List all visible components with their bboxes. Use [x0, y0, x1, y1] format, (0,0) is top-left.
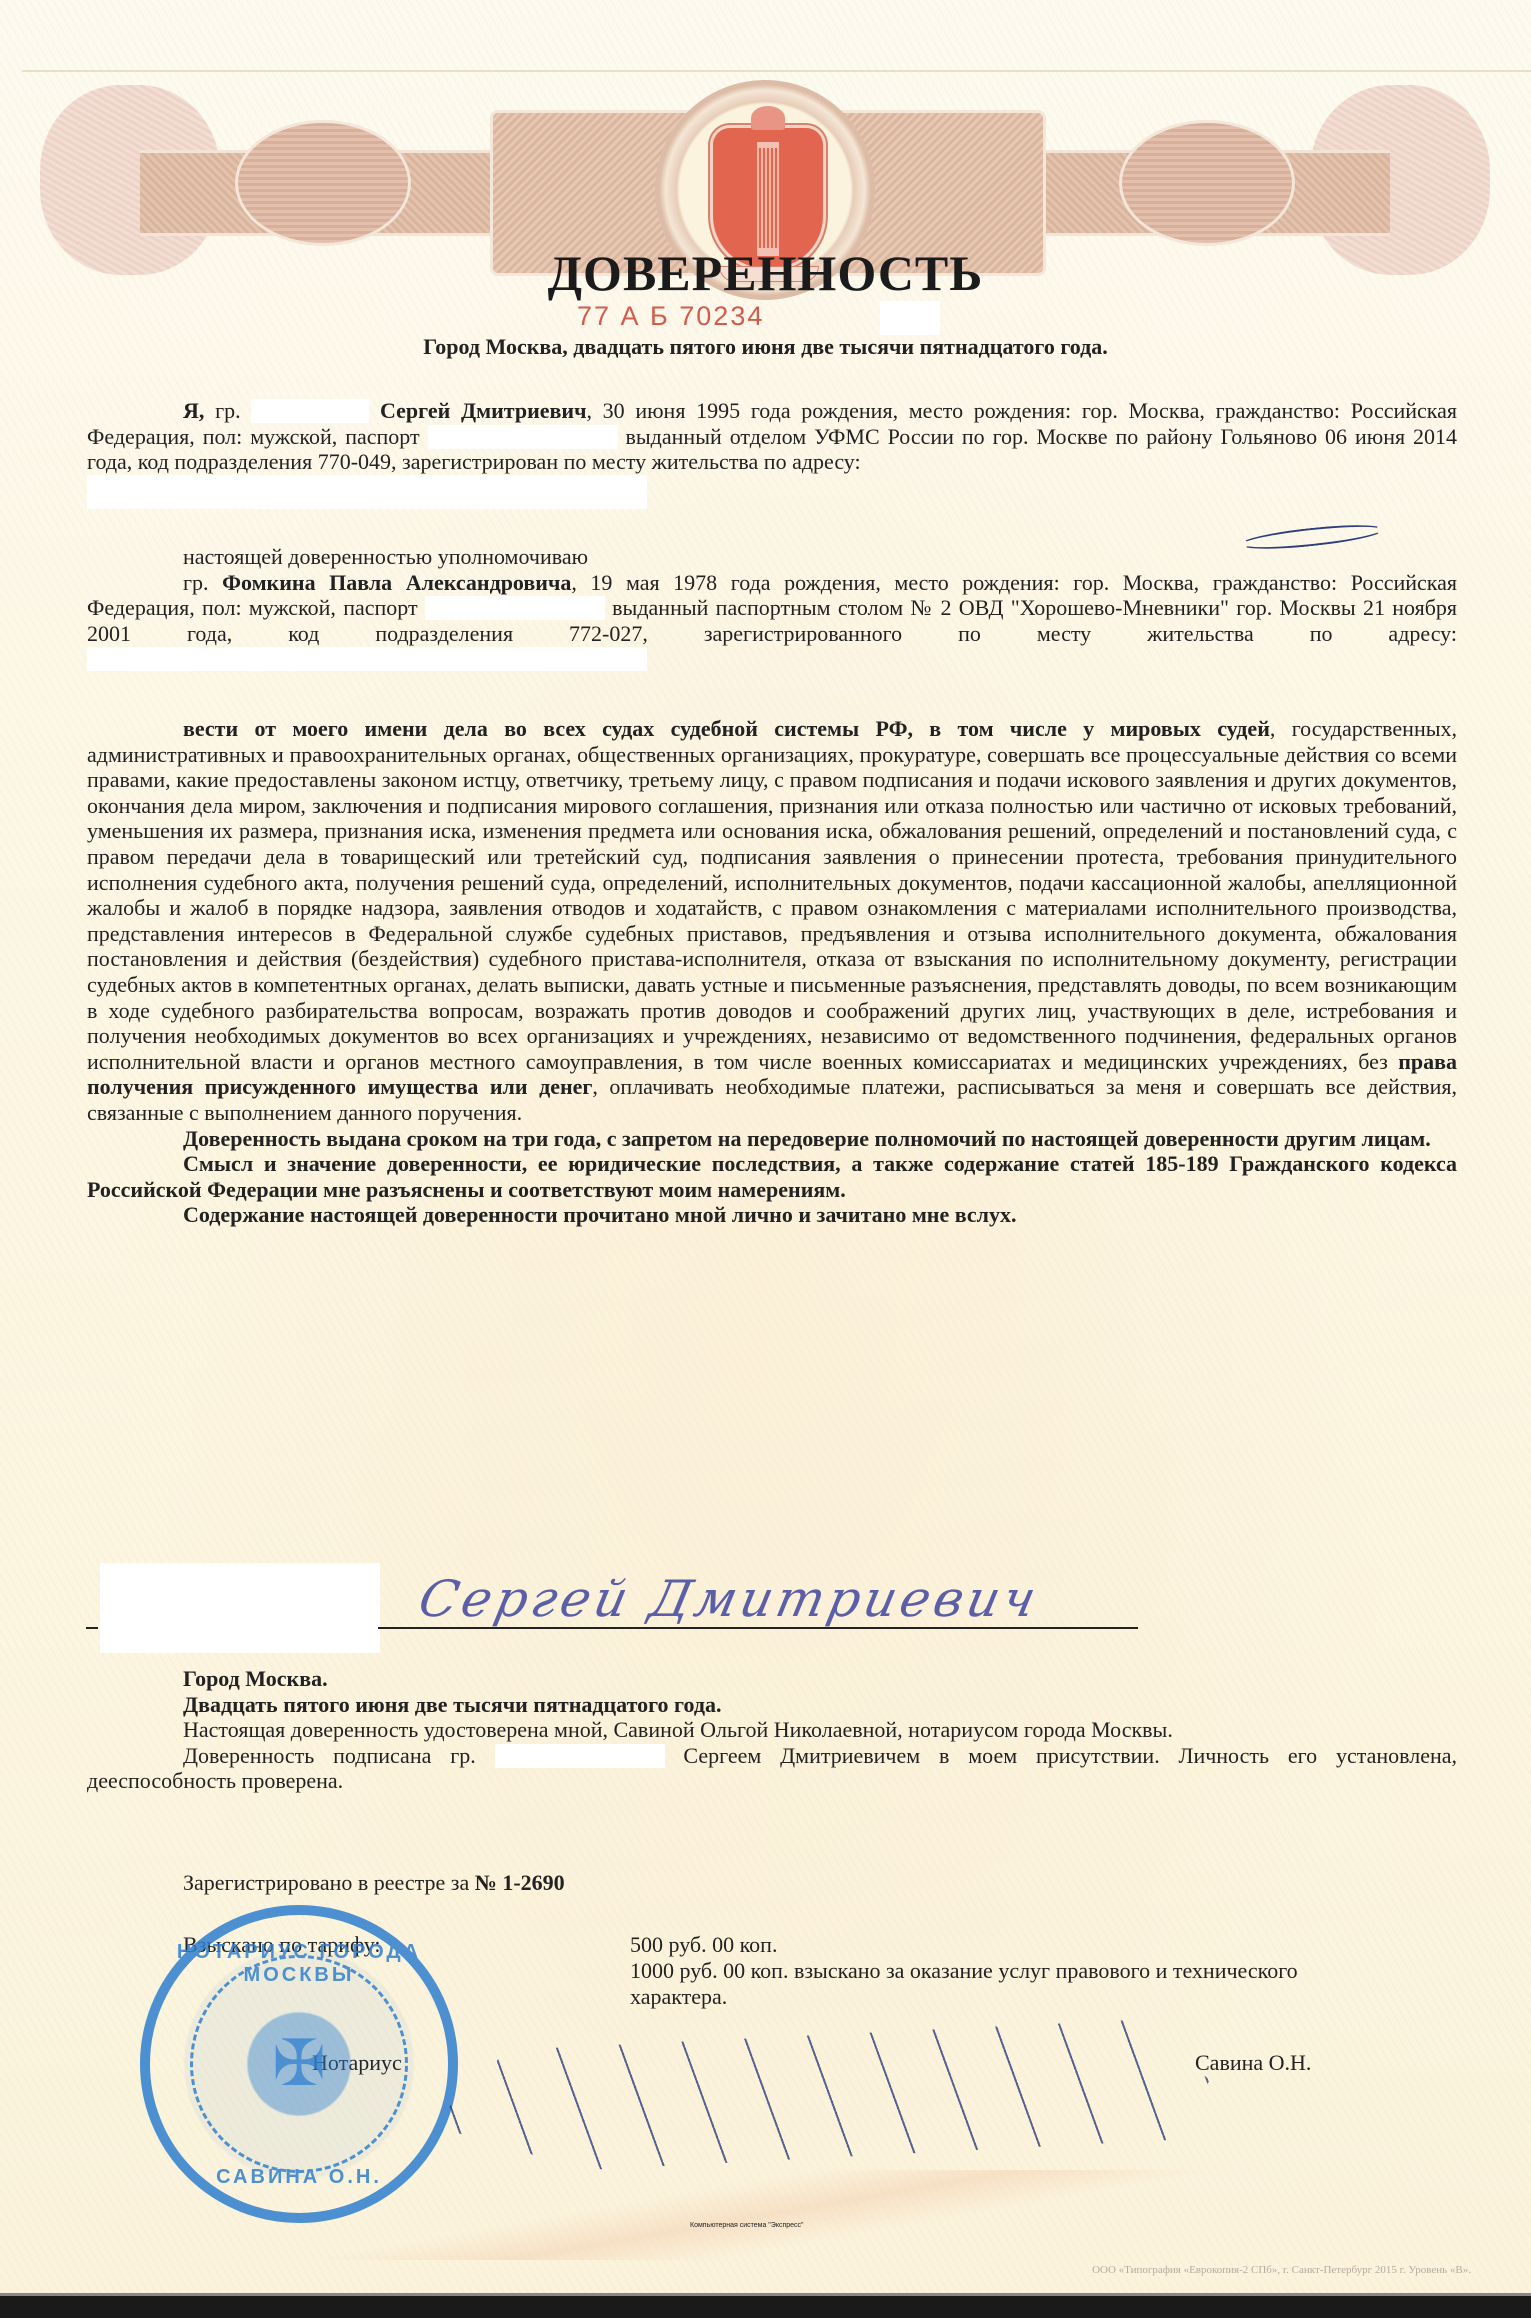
redacted-agent-address [87, 647, 647, 671]
bottom-ornament-wave [0, 2170, 1531, 2260]
redacted-serial-suffix [880, 301, 940, 335]
printer-imprint: ООО «Типография «Еврокопия-2 СПб», г. Са… [1092, 2264, 1471, 2276]
agent-birth: , 19 мая 1978 года рождения, место рожде… [571, 570, 1199, 595]
notary-section: Город Москва. Двадцать пятого июня две т… [87, 1666, 1457, 1794]
powers-text: , государственных, административных и пр… [87, 716, 1457, 1074]
agent-registered: зарегистрированного по месту жительства … [704, 621, 1457, 646]
scan-edge-bar [0, 2296, 1531, 2318]
principal-section: Я, гр. Сергей Дмитриевич, 30 июня 1995 г… [87, 398, 1457, 509]
authorize-line: настоящей доверенностью уполномочиваю [87, 544, 1457, 570]
powers-section: вести от моего имени дела во всех судах … [87, 716, 1457, 1228]
meaning-paragraph: Смысл и значение доверенности, ее юридич… [87, 1151, 1457, 1202]
principal-gr: гр. [204, 398, 240, 423]
redacted-notary-surname [495, 1744, 665, 1768]
column-icon [757, 142, 779, 256]
redacted-principal-address [87, 475, 647, 509]
notary-city: Город Москва. [87, 1666, 1457, 1692]
services-amount: 1000 руб. 00 коп. взыскано за оказание у… [630, 1958, 1390, 2009]
notary-date: Двадцать пятого июня две тысячи пятнадца… [87, 1692, 1457, 1718]
redacted-principal-passport [428, 425, 618, 449]
principal-name: Сергей Дмитриевич [380, 398, 587, 423]
redacted-principal-surname [251, 399, 369, 423]
principal-birth: , 30 июня 1995 года рождения, место рожд… [586, 398, 1204, 423]
notary-signed-paragraph: Доверенность подписана гр. Сергеем Дмитр… [87, 1743, 1457, 1794]
agent-name: Фомкина Павла Александровича [222, 570, 571, 595]
principal-registered: зарегистрирован по месту жительства по а… [402, 449, 861, 474]
ornament-right-oval [1119, 120, 1295, 246]
notary-signed-prefix: Доверенность подписана гр. [183, 1743, 476, 1768]
principal-intro: Я, [183, 398, 204, 423]
principal-paragraph: Я, гр. Сергей Дмитриевич, 30 июня 1995 г… [87, 398, 1457, 475]
registry-number: № 1-2690 [475, 1870, 565, 1895]
registry-label: Зарегистрировано в реестре за [183, 1870, 469, 1895]
redacted-agent-passport [425, 596, 605, 620]
tariff-amount: 500 руб. 00 коп. [630, 1932, 980, 1958]
redacted-signature-name [100, 1563, 380, 1653]
principal-handwritten-signature: Сергей Дмитриевич [414, 1570, 1045, 1628]
registry-line: Зарегистрировано в реестре за № 1-2690 [183, 1870, 565, 1896]
document-serial-number: 77 А Б 70234 [577, 301, 764, 332]
read-paragraph: Содержание настоящей доверенности прочит… [87, 1202, 1457, 1228]
signature-line-start [86, 1627, 98, 1629]
document-title: ДОВЕРЕННОСТЬ [0, 244, 1531, 302]
stamp-top-text: НОТАРИУС ГОРОДА МОСКВЫ [150, 1941, 448, 1987]
notary-name: Савина О.Н. [1195, 2050, 1311, 2076]
powers-paragraph: вести от моего имени дела во всех судах … [87, 716, 1457, 1126]
crown-icon [751, 106, 785, 130]
ornament-left-oval [235, 120, 411, 246]
computer-system-label: Компьютерная система "Экспресс" [690, 2222, 804, 2229]
top-border-line [22, 70, 1531, 72]
powers-lead: вести от моего имени дела во всех судах … [183, 716, 1270, 741]
place-and-date: Город Москва, двадцать пятого июня две т… [0, 334, 1531, 360]
notary-certified: Настоящая доверенность удостоверена мной… [87, 1717, 1457, 1743]
agent-section: настоящей доверенностью уполномочиваю гр… [87, 544, 1457, 672]
double-headed-eagle-icon: ✠ [272, 2027, 326, 2101]
agent-gr: гр. [183, 570, 209, 595]
term-paragraph: Доверенность выдана сроком на три года, … [87, 1126, 1457, 1152]
agent-paragraph: гр. Фомкина Павла Александровича, 19 мая… [87, 570, 1457, 672]
